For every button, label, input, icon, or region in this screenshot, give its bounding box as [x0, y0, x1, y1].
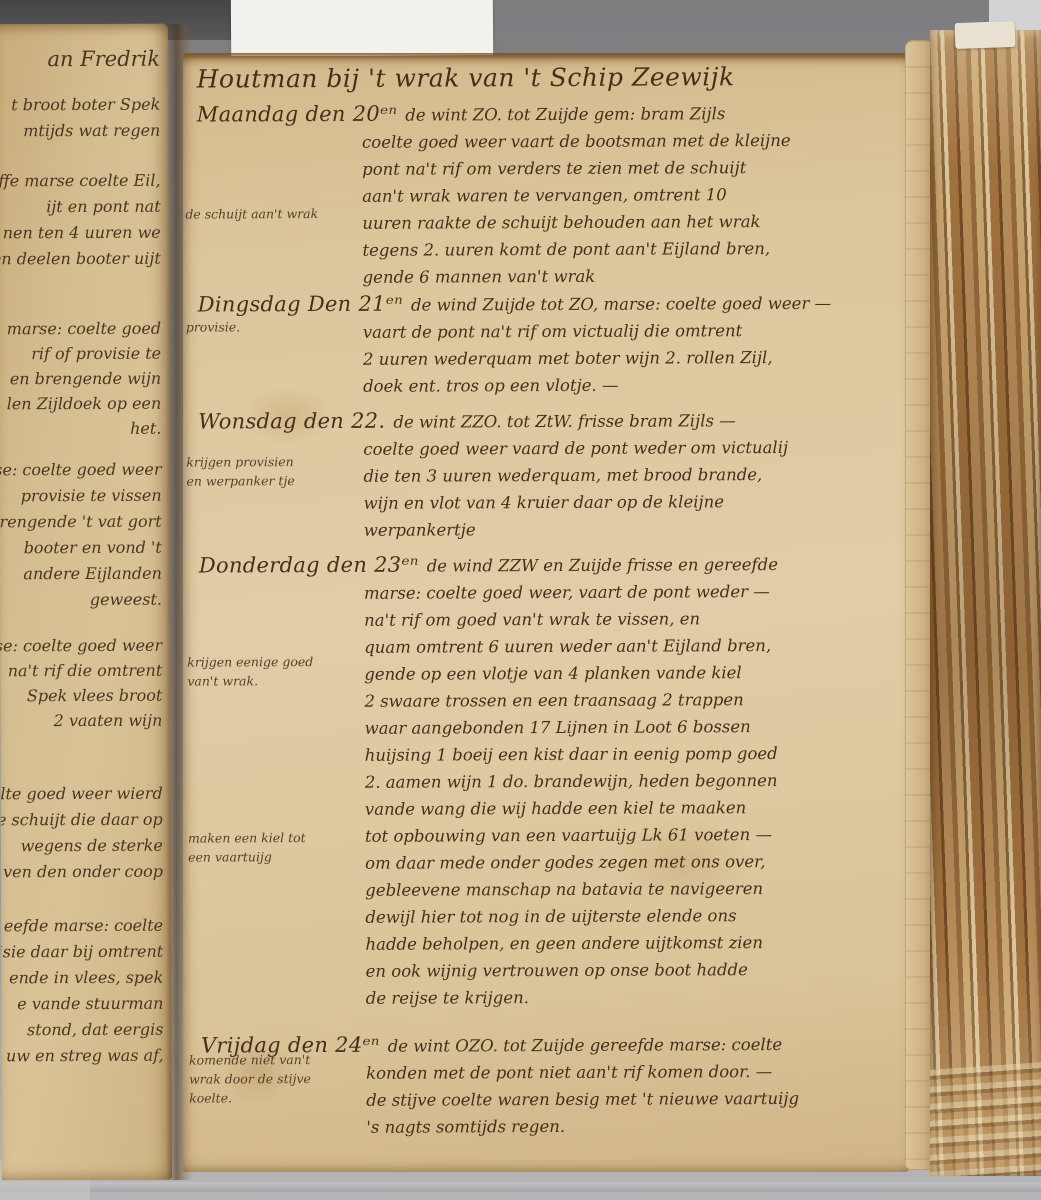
entry-lead-line: Donderdag den 23ᵉⁿ de wind ZZW en Zuijde… [199, 549, 899, 580]
journal-entry-tuesday: provisie. Dingsdag Den 21ᵉⁿ de wind Zuij… [198, 288, 898, 400]
left-page-group: rse: coelte goed weerna't rif die omtren… [0, 633, 170, 734]
journal-entries: de schuijt aan't wrak Maandag den 20ᵉⁿ d… [197, 98, 902, 1141]
left-page-line: ende in vlees, spek [1, 965, 171, 992]
entry-line: en ook wijnig vertrouwen op onse boot ha… [201, 955, 901, 985]
entry-line: 's nagts somtijds regen. [201, 1111, 901, 1141]
entry-line: gende 6 mannen van't wrak [198, 261, 898, 291]
left-page-line: Spek vlees broot [0, 683, 170, 709]
journal-entry-friday: komende niet van't wrak door de stijve k… [201, 1029, 901, 1141]
left-page-line: het. [0, 416, 169, 442]
entry-line: 2. aamen wijn 1 do. brandewijn, heden be… [200, 766, 900, 796]
left-page-line: 2 vaaten wijn [0, 708, 170, 734]
page-title: Houtman bij 't wrak van 't Schip Zeewijk [197, 58, 897, 101]
left-page-line: eefde marse: coelte [1, 913, 171, 940]
margin-note: de schuijt aan't wrak [185, 204, 345, 224]
left-page-line: mtijds wat regen [0, 118, 168, 145]
left-page-group: arse: coelte goed weerprovisie te vissen… [0, 457, 170, 614]
entry-line: de reijse te krijgen. [201, 982, 901, 1012]
left-page-line: ven den onder coop [1, 859, 171, 886]
margin-note: krijgen provisien en werpanker tje [186, 452, 306, 491]
entry-line: dewijl hier tot nog in de uijterste elen… [200, 901, 900, 931]
left-page-line: provisie te vissen [0, 483, 170, 510]
left-page-line: wegens de sterke [1, 833, 171, 860]
entry-line: huijsing 1 boeij een kist daar in eenig … [200, 739, 900, 769]
left-page-sliver: an Fredrik t broot boter Spekmtijds wat … [0, 24, 172, 1181]
entry-body: marse: coelte goed weer, vaart de pont w… [199, 577, 901, 1012]
left-page-line: ZO. marse: coelte goed [0, 316, 169, 342]
entry-line: na't rif om goed van't wrak te vissen, e… [199, 604, 899, 634]
page-stack-shading [930, 30, 1041, 1176]
left-page-line: ffe marse coelte Eil, [0, 168, 169, 195]
left-page-line: ij en deelen booter uijt [0, 246, 169, 273]
left-page-line: brengende 't vat gort [0, 509, 170, 536]
table-edge-highlight [0, 1182, 1041, 1192]
entry-opening-text: de wind Zuijde tot ZO, marse: coelte goe… [411, 290, 831, 319]
entry-line: marse: coelte goed weer, vaart de pont w… [199, 577, 899, 607]
page-edge-stack [930, 30, 1041, 1176]
entry-line: hadde beholpen, en geen andere uijtkomst… [200, 928, 900, 958]
left-page-group: eefde marse: coeltevisie daar bij omtren… [1, 913, 172, 1070]
left-page-group: an Fredrik [0, 44, 168, 75]
left-page-line: booter en vond 't [0, 535, 170, 562]
left-page-group: ffe marse coelte Eil,ijt en pont natnen … [0, 168, 169, 273]
entry-line: waar aangebonden 17 Lijnen in Loot 6 bos… [200, 712, 900, 742]
left-page-line: an Fredrik [0, 44, 168, 75]
entry-line: vande wang die wij hadde een kiel te maa… [200, 793, 900, 823]
left-page-line: arse: coelte goed weer [0, 457, 170, 484]
left-page-line: elte goed weer wierd [1, 781, 171, 808]
entry-opening-text: de wint ZO. tot Zuijde gem: bram Zijls [405, 100, 725, 128]
left-page-line: visie daar bij omtrent [1, 939, 171, 966]
entry-day-heading: Maandag den 20ᵉⁿ [197, 101, 398, 129]
left-page-group: ZO. marse: coelte goedrif of provisie te… [0, 316, 169, 442]
main-page: Houtman bij 't wrak van 't Schip Zeewijk… [183, 56, 912, 1172]
left-page-line: stond, dat eergis [1, 1017, 171, 1044]
entry-line: tegens 2. uuren komt de pont aan't Eijla… [197, 234, 897, 264]
entry-opening-text: de wind ZZW en Zuijde frisse en gereefde [427, 551, 778, 580]
left-page-line: e vande stuurman [1, 991, 171, 1018]
entry-day-heading: Wonsdag den 22. [198, 408, 385, 436]
entry-day-heading: Donderdag den 23ᵉⁿ [199, 552, 419, 580]
left-page-group: t broot boter Spekmtijds wat regen [0, 92, 168, 145]
left-page-line: na't rif die omtrent [0, 658, 170, 684]
left-page-line: t broot boter Spek [0, 92, 168, 119]
page-stack-bottom-fan [930, 1062, 1041, 1176]
journal-entry-wednesday: krijgen provisien en werpanker tje Wonsd… [198, 405, 899, 544]
entry-line: 2 uuren wederquam met boter wijn 2. roll… [198, 343, 898, 373]
white-paper-tab [231, 0, 493, 57]
entry-line: pont na't rif om verders te zien met de … [197, 153, 897, 183]
left-page-line: geweest. [0, 587, 170, 614]
journal-entry-thursday: krijgen eenige goed van't wrak. maken ee… [199, 549, 901, 1012]
entry-day-heading: Dingsdag Den 21ᵉⁿ [198, 291, 403, 319]
left-page-line: uw en streg was af, [2, 1043, 172, 1070]
left-page-line: nde schuijt die daar op [1, 807, 171, 834]
margin-note: komende niet van't wrak door de stijve k… [189, 1050, 317, 1108]
margin-note: maken een kiel tot een vaartuijg [188, 828, 308, 867]
left-page-line: ijt en pont nat [0, 194, 169, 221]
photograph-of-manuscript: an Fredrik t broot boter Spekmtijds wat … [0, 0, 1041, 1200]
entry-lead-line: Maandag den 20ᵉⁿ de wint ZO. tot Zuijde … [197, 98, 897, 129]
left-page-line: len Zijldoek op een [0, 391, 169, 417]
left-page-line: rif of provisie te [0, 341, 169, 367]
journal-entry-monday: de schuijt aan't wrak Maandag den 20ᵉⁿ d… [197, 98, 898, 291]
entry-line: doek ent. tros op een vlotje. — [198, 370, 898, 400]
entry-lead-line: Wonsdag den 22. de wint ZZO. tot ZtW. fr… [198, 405, 898, 436]
margin-note: provisie. [186, 317, 334, 337]
left-page-line: nen ten 4 uuren we [0, 220, 169, 247]
left-page-text: an Fredrik t broot boter Spekmtijds wat … [0, 44, 172, 1070]
left-page-line: en brengende wijn [0, 366, 169, 392]
entry-line: wijn en vlot van 4 kruier daar op de kle… [199, 487, 899, 517]
margin-note: krijgen eenige goed van't wrak. [187, 652, 317, 691]
left-page-line: andere Eijlanden [0, 561, 170, 588]
left-page-group: elte goed weer wierdnde schuijt die daar… [1, 781, 171, 886]
left-page-line: rse: coelte goed weer [0, 633, 170, 659]
entry-line: gebleevene manschap na batavia te navige… [200, 874, 900, 904]
entry-line: coelte goed weer vaart de bootsman met d… [197, 126, 897, 156]
entry-opening-text: de wint ZZO. tot ZtW. frisse bram Zijls … [393, 407, 735, 435]
entry-lead-line: Dingsdag Den 21ᵉⁿ de wind Zuijde tot ZO,… [198, 288, 898, 319]
entry-line: werpankertje [199, 514, 899, 544]
main-page-text: Houtman bij 't wrak van 't Schip Zeewijk… [197, 58, 902, 1141]
entry-opening-text: de wint OZO. tot Zuijde gereefde marse: … [388, 1031, 783, 1060]
page-stack-top-sheet [955, 21, 1016, 49]
